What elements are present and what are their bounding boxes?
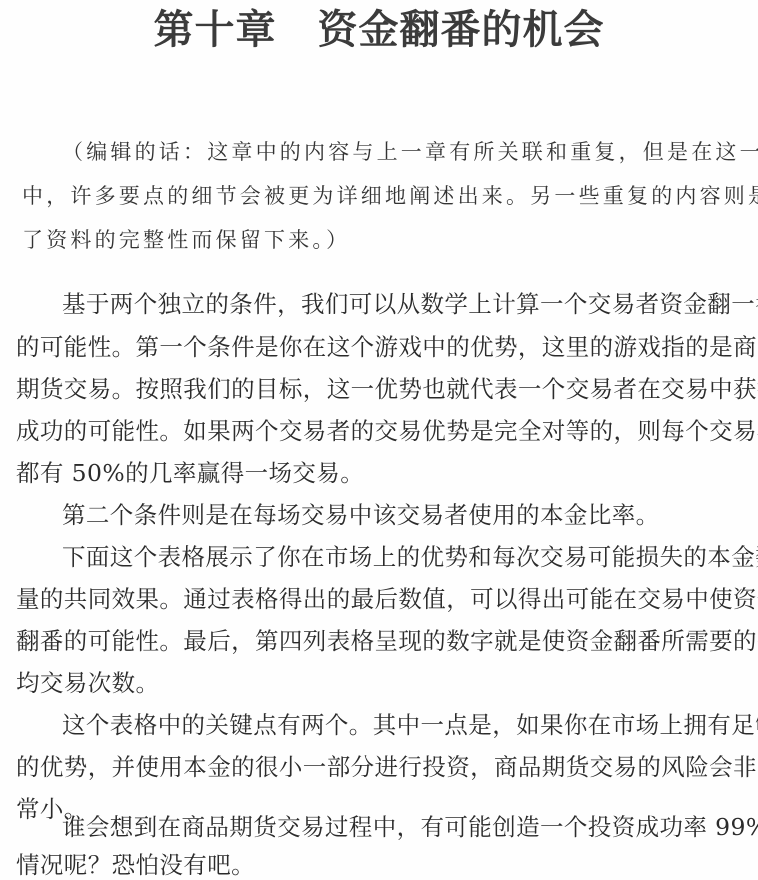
editor-note-line: 了资料的完整性而保留下来。） [22,225,350,255]
paragraph-line: 均交易次数。 [16,668,159,698]
paragraph-line: 量的共同效果。通过表格得出的最后数值，可以得出可能在交易中使资金 [16,584,758,614]
editor-note-line: （编辑的话：这章中的内容与上一章有所关联和重复，但是在这一章 [62,137,758,167]
paragraph-line: 第二个条件则是在每场交易中该交易者使用的本金比率。 [62,500,660,530]
paragraph-line: 这个表格中的关键点有两个。其中一点是，如果你在市场上拥有足够 [62,710,758,740]
paragraph-line: 情况呢？恐怕没有吧。 [16,850,255,880]
paragraph-line: 成功的可能性。如果两个交易者的交易优势是完全对等的，则每个交易者 [16,416,758,446]
editor-note-line: 中，许多要点的细节会被更为详细地阐述出来。另一些重复的内容则是为 [22,181,758,211]
paragraph-line: 下面这个表格展示了你在市场上的优势和每次交易可能损失的本金数 [62,542,758,572]
book-page: 第十章 资金翻番的机会 （编辑的话：这章中的内容与上一章有所关联和重复，但是在这… [0,0,758,880]
paragraph-line: 都有 50%的几率赢得一场交易。 [16,458,364,488]
paragraph-line: 翻番的可能性。最后，第四列表格呈现的数字就是使资金翻番所需要的平 [16,626,758,656]
paragraph-line: 的优势，并使用本金的很小一部分进行投资，商品期货交易的风险会非 [16,752,757,782]
paragraph-line: 期货交易。按照我们的目标，这一优势也就代表一个交易者在交易中获得 [16,374,758,404]
paragraph-line: 的可能性。第一个条件是你在这个游戏中的优势，这里的游戏指的是商品 [16,332,758,362]
paragraph-line: 谁会想到在商品期货交易过程中，有可能创造一个投资成功率 99%的 [62,812,758,842]
paragraph-line: 基于两个独立的条件，我们可以从数学上计算一个交易者资金翻一番 [62,289,758,319]
chapter-title: 第十章 资金翻番的机会 [0,2,758,58]
